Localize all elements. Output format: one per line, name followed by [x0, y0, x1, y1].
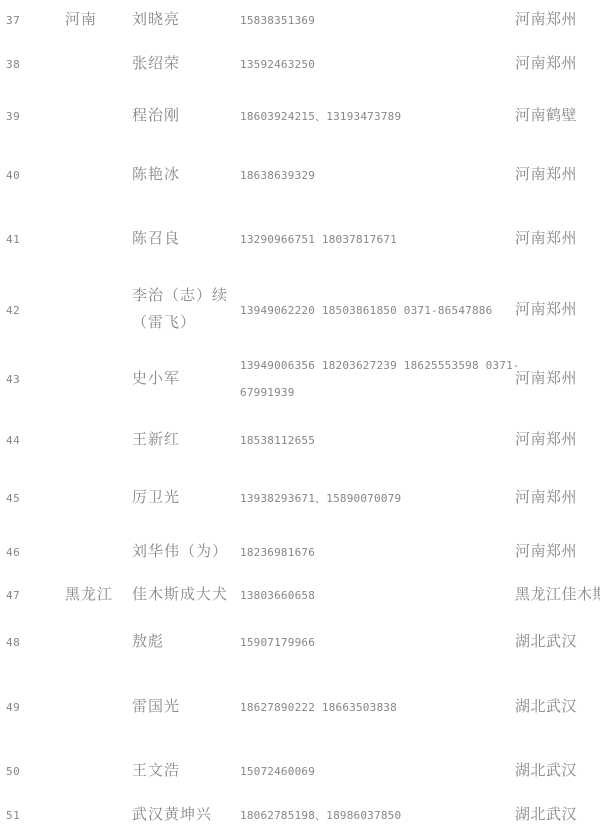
contact-name-cell: 刘华伟（为）	[128, 528, 235, 576]
location-cell: 河南郑州	[512, 40, 600, 88]
row-number-cell: 43	[0, 347, 60, 411]
row-number-cell: 51	[0, 798, 60, 833]
contact-name-cell: 程治刚	[128, 88, 235, 145]
phone-cell: 15838351369	[235, 0, 512, 40]
table-row: 42李治（志）续 （雷飞）13949062220 18503861850 037…	[0, 273, 600, 347]
table-row: 50王文浩15072460069湖北武汉	[0, 744, 600, 798]
contact-name-cell: 佳木斯成大犬	[128, 576, 235, 614]
table-row: 49雷国光18627890222 18663503838湖北武汉	[0, 670, 600, 744]
contact-name-cell: 武汉黄坤兴	[128, 798, 235, 833]
phone-cell: 18236981676	[235, 528, 512, 576]
contact-name-cell: 陈召良	[128, 205, 235, 273]
province-cell	[60, 469, 128, 528]
contact-name-cell: 刘晓亮	[128, 0, 235, 40]
province-cell: 河南	[60, 0, 128, 40]
contact-name-cell: 厉卫光	[128, 469, 235, 528]
phone-cell: 18638639329	[235, 145, 512, 205]
province-cell	[60, 145, 128, 205]
location-cell: 河南郑州	[512, 145, 600, 205]
row-number-cell: 45	[0, 469, 60, 528]
contact-name-cell: 王新红	[128, 411, 235, 469]
row-number-cell: 44	[0, 411, 60, 469]
row-number-cell: 50	[0, 744, 60, 798]
phone-cell: 13949062220 18503861850 0371-86547886	[235, 273, 512, 347]
province-cell	[60, 614, 128, 670]
table-row: 48敖彪15907179966湖北武汉	[0, 614, 600, 670]
table-row: 51武汉黄坤兴18062785198、18986037850湖北武汉	[0, 798, 600, 833]
location-cell: 黑龙江佳木斯	[512, 576, 600, 614]
location-cell: 河南郑州	[512, 347, 600, 411]
location-cell: 湖北武汉	[512, 744, 600, 798]
phone-cell: 13803660658	[235, 576, 512, 614]
phone-cell: 13938293671、15890070079	[235, 469, 512, 528]
phone-cell: 13949006356 18203627239 18625553598 0371…	[235, 347, 512, 411]
location-cell: 河南郑州	[512, 273, 600, 347]
contact-name-cell: 雷国光	[128, 670, 235, 744]
table-row: 39程治刚18603924215、13193473789河南鹤壁	[0, 88, 600, 145]
location-cell: 河南郑州	[512, 0, 600, 40]
phone-cell: 18062785198、18986037850	[235, 798, 512, 833]
phone-cell: 13592463250	[235, 40, 512, 88]
contact-name-cell: 陈艳冰	[128, 145, 235, 205]
contact-name-cell: 敖彪	[128, 614, 235, 670]
location-cell: 河南鹤壁	[512, 88, 600, 145]
province-cell	[60, 528, 128, 576]
province-cell	[60, 88, 128, 145]
contact-name-cell: 史小军	[128, 347, 235, 411]
phone-cell: 15072460069	[235, 744, 512, 798]
contact-list-page: 37河南刘晓亮15838351369河南郑州38张绍荣13592463250河南…	[0, 0, 600, 833]
province-cell	[60, 670, 128, 744]
contact-name-cell: 王文浩	[128, 744, 235, 798]
table-row: 44王新红18538112655河南郑州	[0, 411, 600, 469]
row-number-cell: 38	[0, 40, 60, 88]
table-row: 43史小军13949006356 18203627239 18625553598…	[0, 347, 600, 411]
row-number-cell: 39	[0, 88, 60, 145]
location-cell: 河南郑州	[512, 469, 600, 528]
province-cell	[60, 347, 128, 411]
contact-name-cell: 李治（志）续 （雷飞）	[128, 273, 235, 347]
phone-cell: 18603924215、13193473789	[235, 88, 512, 145]
contact-table: 37河南刘晓亮15838351369河南郑州38张绍荣13592463250河南…	[0, 0, 600, 833]
province-cell	[60, 411, 128, 469]
location-cell: 河南郑州	[512, 411, 600, 469]
row-number-cell: 37	[0, 0, 60, 40]
table-row: 47黑龙江佳木斯成大犬13803660658黑龙江佳木斯	[0, 576, 600, 614]
table-row: 37河南刘晓亮15838351369河南郑州	[0, 0, 600, 40]
table-row: 45厉卫光13938293671、15890070079河南郑州	[0, 469, 600, 528]
table-row: 40陈艳冰18638639329河南郑州	[0, 145, 600, 205]
province-cell	[60, 40, 128, 88]
location-cell: 河南郑州	[512, 528, 600, 576]
province-cell: 黑龙江	[60, 576, 128, 614]
row-number-cell: 46	[0, 528, 60, 576]
row-number-cell: 41	[0, 205, 60, 273]
location-cell: 河南郑州	[512, 205, 600, 273]
table-row: 38张绍荣13592463250河南郑州	[0, 40, 600, 88]
phone-cell: 13290966751 18037817671	[235, 205, 512, 273]
province-cell	[60, 273, 128, 347]
phone-cell: 18627890222 18663503838	[235, 670, 512, 744]
phone-cell: 18538112655	[235, 411, 512, 469]
contact-table-body: 37河南刘晓亮15838351369河南郑州38张绍荣13592463250河南…	[0, 0, 600, 833]
province-cell	[60, 798, 128, 833]
contact-name-cell: 张绍荣	[128, 40, 235, 88]
row-number-cell: 40	[0, 145, 60, 205]
location-cell: 湖北武汉	[512, 670, 600, 744]
province-cell	[60, 744, 128, 798]
location-cell: 湖北武汉	[512, 614, 600, 670]
phone-cell: 15907179966	[235, 614, 512, 670]
row-number-cell: 47	[0, 576, 60, 614]
table-row: 46刘华伟（为）18236981676河南郑州	[0, 528, 600, 576]
table-row: 41陈召良13290966751 18037817671河南郑州	[0, 205, 600, 273]
row-number-cell: 49	[0, 670, 60, 744]
location-cell: 湖北武汉	[512, 798, 600, 833]
row-number-cell: 48	[0, 614, 60, 670]
province-cell	[60, 205, 128, 273]
row-number-cell: 42	[0, 273, 60, 347]
